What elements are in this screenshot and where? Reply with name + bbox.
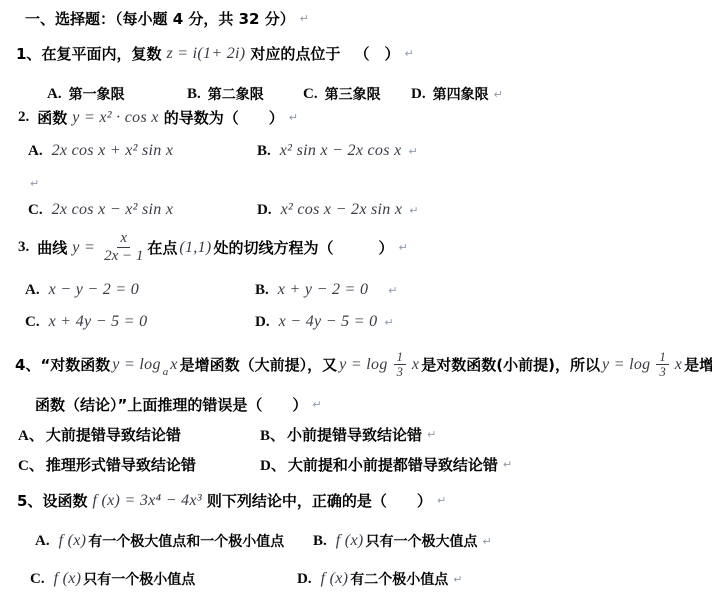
fraction-numerator: 1 [656,350,668,365]
question-3-text-mid: 在点 [147,237,177,258]
question-4-stem-line2: 函数（结论）”上面推理的错误是（ ） ↵ [35,394,322,415]
paragraph-return-mark: ↵ [503,458,512,471]
question-3-formula-lhs: y = [72,239,95,257]
question-4-text-seg4: 是增 [684,354,712,375]
option-b-label: B. [257,143,271,160]
question-4-formula1-base: a [163,366,169,378]
option-d-formula: x − 4y − 5 = 0 [279,313,378,331]
option-d-label: D、 [260,454,286,475]
option-a-text: 有一个极大值点和一个极小值点 [88,531,284,551]
question-3-option-c: C. x + 4y − 5 = 0 [25,313,149,331]
option-a-label: A. [35,533,50,550]
question-5-text-post: 则下列结论中，正确的是（ ） [207,490,432,511]
question-2-option-c: C. 2x cos x − x² sin x [28,201,175,219]
option-d-formula: x² cos x − 2x sin x [281,201,403,219]
question-2-number: 2. [18,109,29,126]
option-a-text: 大前提错导致结论错 [46,424,181,445]
paragraph-return-mark: ↵ [384,316,393,329]
question-4-fraction-2: 1 3 [656,350,668,380]
option-b-label: B、 [260,424,285,445]
question-4-text-seg1: “对数函数 [40,354,110,375]
section-title-text: 一、选择题：（每小题 4 分，共 32 分） [25,8,295,29]
option-a-text: 第一象限 [69,84,125,104]
question-5-text-pre: 设函数 [42,490,87,511]
option-c-formula: 2x cos x − x² sin x [52,201,174,219]
question-4-text-seg2: 是增函数（大前提），又 [180,354,338,375]
paragraph-return-mark: ↵ [399,241,408,254]
paragraph-return-mark: ↵ [494,88,503,101]
question-1-option-a: A. 第一象限 [47,84,125,104]
option-a-label: A、 [18,424,44,445]
question-1-option-b: B. 第二象限 [187,84,264,104]
question-3-stem: 3. 曲线 y = x 2x − 1 在点 (1,1) 处的切线方程为（ ） ↵ [18,230,408,266]
paragraph-return-mark: ↵ [312,398,321,411]
question-4-text-seg3: 是对数函数(小前提)，所以 [421,354,600,375]
question-5-formula: f (x) = 3x⁴ − 4x³ [92,492,201,510]
question-5-option-d: D. f (x) 有二个极小值点 ↵ [297,569,463,589]
option-b-label: B. [255,282,269,299]
question-5-stem: 5、 设函数 f (x) = 3x⁴ − 4x³ 则下列结论中，正确的是（ ） … [17,490,446,511]
option-c-text: 只有一个极小值点 [83,569,195,589]
question-5-option-b: B. f (x) 只有一个极大值点 ↵ [313,531,492,551]
option-a-label: A. [47,86,62,103]
option-c-formula: x + 4y − 5 = 0 [49,313,148,331]
question-4-option-a: A、 大前提错导致结论错 [18,424,181,445]
option-d-text: 有二个极小值点 [350,569,448,589]
question-4-formula1-post: x [170,356,177,374]
question-3-option-d: D. x − 4y − 5 = 0 ↵ [255,313,394,331]
option-b-formula: f (x) [336,532,364,550]
paragraph-return-mark: ↵ [404,47,413,60]
question-3-number: 3. [18,239,29,256]
question-2-text-post: 的导数为（ ） [164,107,284,128]
option-b-label: B. [187,86,201,103]
question-2-option-b: B. x² sin x − 2x cos x ↵ [257,142,418,160]
option-a-label: A. [28,143,43,160]
option-b-text: 第二象限 [208,84,264,104]
paragraph-return-mark: ↵ [300,12,309,25]
question-4-option-b: B、 小前提错导致结论错 ↵ [260,424,436,445]
question-5-option-c: C. f (x) 只有一个极小值点 [30,569,195,589]
option-a-label: A. [25,282,40,299]
question-5-number: 5、 [17,490,42,511]
paragraph-return-mark: ↵ [437,494,446,507]
paragraph-return-mark: ↵ [482,535,491,548]
option-d-label: D. [411,86,426,103]
question-3-text-post: 处的切线方程为（ ） [214,237,394,258]
question-1-text-post: 对应的点位于 [250,43,340,64]
question-4-formula1-pre: y = log [112,356,160,374]
question-4-formula3-pre: y = log [602,356,650,374]
paragraph-return-mark: ↵ [388,284,397,297]
question-4-option-d: D、 大前提和小前提都错导致结论错 ↵ [260,454,512,475]
paragraph-return-mark: ↵ [289,111,298,124]
option-a-formula: 2x cos x + x² sin x [52,142,174,160]
option-c-formula: f (x) [54,570,82,588]
section-title: 一、选择题：（每小题 4 分，共 32 分） ↵ [25,8,309,29]
option-b-formula: x + y − 2 = 0 [278,281,369,299]
question-4-formula2-post: x [412,356,419,374]
fraction-denominator: 3 [397,365,403,379]
option-d-text: 第四象限 [433,84,489,104]
question-3-text-pre: 曲线 [37,237,67,258]
fraction-denominator: 2x − 1 [104,248,143,265]
question-1-text-pre: 在复平面内，复数 [41,43,161,64]
question-3-point: (1,1) [179,239,211,257]
question-1-option-d: D. 第四象限 ↵ [411,84,503,104]
question-1-option-c: C. 第三象限 [303,84,381,104]
option-c-label: C. [30,571,45,588]
option-c-text: 推理形式错导致结论错 [46,454,196,475]
question-4-formula2-pre: y = log [339,356,387,374]
question-3-option-a: A. x − y − 2 = 0 [25,281,141,299]
option-c-label: C. [25,314,40,331]
question-4-number: 4、 [15,354,40,375]
option-a-formula: x − y − 2 = 0 [49,281,140,299]
paragraph-return-mark: ↵ [409,204,418,217]
question-2-option-d: D. x² cos x − 2x sin x ↵ [257,201,419,219]
question-1-formula: z = i(1+ 2i) [166,45,245,63]
question-3-option-b: B. x + y − 2 = 0 ↵ [255,281,397,299]
question-2-text-pre: 函数 [37,107,67,128]
question-1-answer-blank: （ ） [354,43,399,64]
question-2-formula: y = x² · cos x [72,109,158,127]
fraction-numerator: x [117,230,130,248]
exam-document-page: 一、选择题：（每小题 4 分，共 32 分） ↵ 1、 在复平面内，复数 z =… [0,0,712,598]
question-4-formula3-post: x [675,356,682,374]
paragraph-return-mark: ↵ [408,145,417,158]
option-d-label: D. [257,202,272,219]
option-a-formula: f (x) [59,532,87,550]
question-4-option-c: C、 推理形式错导致结论错 [18,454,196,475]
question-4-text-line2: 函数（结论）”上面推理的错误是（ ） [35,394,307,415]
option-c-label: C. [28,202,43,219]
question-1-stem: 1、 在复平面内，复数 z = i(1+ 2i) 对应的点位于 （ ） ↵ [16,43,414,64]
paragraph-return-mark: ↵ [30,177,39,190]
option-c-label: C、 [18,454,44,475]
question-4-fraction-1: 1 3 [394,350,406,380]
fraction-denominator: 3 [659,365,665,379]
option-b-label: B. [313,533,327,550]
question-4-stem-line1: 4、 “对数函数 y = log a x 是增函数（大前提），又 y = log… [15,350,712,380]
paragraph-return-mark: ↵ [427,428,436,441]
option-d-label: D. [255,314,270,331]
option-c-label: C. [303,86,318,103]
question-3-fraction: x 2x − 1 [104,230,143,266]
question-2-stem: 2. 函数 y = x² · cos x 的导数为（ ） ↵ [18,107,298,128]
question-1-number: 1、 [16,43,41,64]
option-d-formula: f (x) [321,570,349,588]
option-b-text: 只有一个极大值点 [365,531,477,551]
option-d-text: 大前提和小前提都错导致结论错 [288,454,498,475]
empty-paragraph: ↵ [30,177,39,190]
question-5-option-a: A. f (x) 有一个极大值点和一个极小值点 [35,531,284,551]
option-d-label: D. [297,571,312,588]
option-b-formula: x² sin x − 2x cos x [280,142,402,160]
option-c-text: 第三象限 [325,84,381,104]
fraction-numerator: 1 [394,350,406,365]
paragraph-return-mark: ↵ [453,573,462,586]
question-2-option-a: A. 2x cos x + x² sin x [28,142,175,160]
option-b-text: 小前提错导致结论错 [287,424,422,445]
